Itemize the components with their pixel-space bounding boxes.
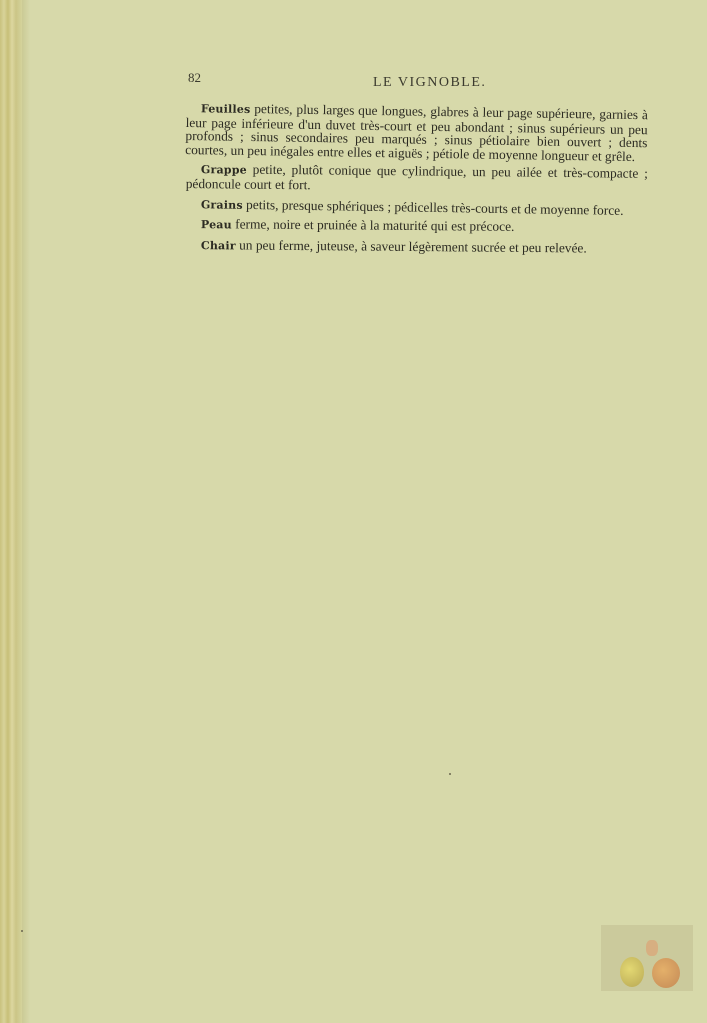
paragraph-peau: Peau ferme, noire et pruinée à la maturi… [186, 217, 648, 236]
running-title: LE VIGNOBLE. [373, 75, 486, 91]
paragraph-text: petites, plus larges que longues, glabre… [185, 101, 648, 164]
paragraph-text: petite, plutôt conique que cylindrique, … [186, 162, 648, 192]
paragraph-grains: Grains petits, presque sphériques ; pédi… [186, 197, 648, 219]
paragraph-text: un peu ferme, juteuse, à saveur légèreme… [236, 237, 587, 255]
term-label: Chair [201, 239, 236, 252]
term-label: Grains [201, 198, 243, 212]
page-body: Feuilles petites, plus larges que longue… [186, 101, 648, 258]
spine-shadow [22, 0, 30, 1023]
paragraph-text: petits, presque sphériques ; pédicelles … [243, 196, 624, 217]
term-label: Feuilles [201, 102, 251, 116]
paragraph-feuilles: Feuilles petites, plus larges que longue… [185, 101, 648, 164]
fruit-stem-icon [646, 940, 658, 956]
book-page: 82 LE VIGNOBLE. Feuilles petites, plus l… [0, 0, 707, 1023]
book-spine [0, 0, 22, 1023]
page-number: 82 [188, 70, 201, 86]
apple-icon [652, 958, 680, 988]
paragraph-grappe: Grappe petite, plutôt conique que cylind… [186, 162, 648, 195]
paper-speck [449, 773, 451, 775]
paper-speck [21, 930, 23, 932]
paragraph-text: ferme, noire et pruinée à la maturité qu… [232, 217, 515, 234]
fruit-logo-icon [601, 925, 693, 991]
term-label: Peau [201, 218, 232, 231]
pear-icon [620, 957, 644, 987]
page-header: 82 LE VIGNOBLE. [188, 70, 648, 90]
paragraph-chair: Chair un peu ferme, juteuse, à saveur lé… [186, 238, 648, 257]
